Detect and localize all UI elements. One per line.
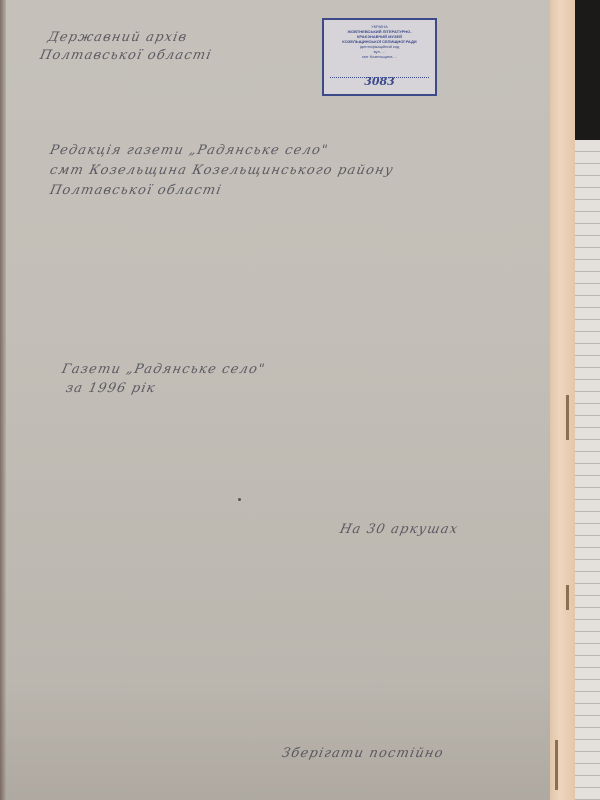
museum-stamp: УКРАЇНА ЖОВТНЕВСЬКИЙ ЛІТЕРАТУРНО- КРАЄЗН…: [322, 18, 437, 96]
spine-mark: [566, 585, 569, 610]
archive-name-line1: Державний архів: [46, 30, 188, 45]
spine-mark: [566, 395, 569, 440]
stamp-registration-number: 3083: [324, 75, 435, 88]
fund-creator-line2: смт Козельщина Козельщинського району: [48, 163, 395, 178]
case-title-line1: Газети „Радянське село": [60, 362, 266, 377]
fund-creator-line1: Редакція газети „Радянське село": [48, 143, 329, 158]
fund-creator-line3: Полтавської області: [48, 183, 223, 198]
paper-speck: [238, 498, 241, 501]
archive-name-line2: Полтавської області: [38, 48, 213, 63]
stamp-line: смт Козельщина ...: [324, 54, 435, 59]
case-title-line2: за 1996 рік: [64, 381, 157, 396]
document-cover-page: Державний архів Полтавської області УКРА…: [0, 0, 550, 800]
paper-shadow: [0, 680, 550, 800]
spine-mark: [555, 740, 558, 790]
folder-spine: [547, 0, 575, 800]
sheet-count: На 30 аркушах: [338, 522, 459, 537]
